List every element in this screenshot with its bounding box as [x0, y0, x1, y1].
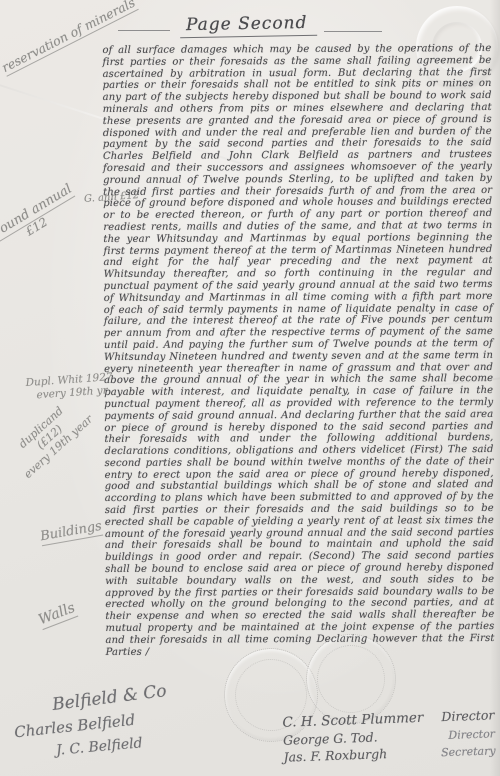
deed-body-text: of all surface damages which may be caus…: [102, 43, 494, 658]
signature-block-first-parties: C. H. Scott Plummer Director George G. T…: [282, 707, 496, 766]
signatory-name: George G. Tod.: [283, 729, 378, 747]
signatory-role: Secretary: [441, 744, 496, 759]
title-rule-right: [324, 31, 382, 32]
title-rule-left: [118, 30, 170, 31]
signatory-role: Director: [448, 727, 495, 742]
signatory-name: Jas. F. Roxburgh: [283, 746, 387, 765]
signatory-role: Director: [441, 707, 494, 724]
page-title: Page Second: [180, 13, 318, 38]
